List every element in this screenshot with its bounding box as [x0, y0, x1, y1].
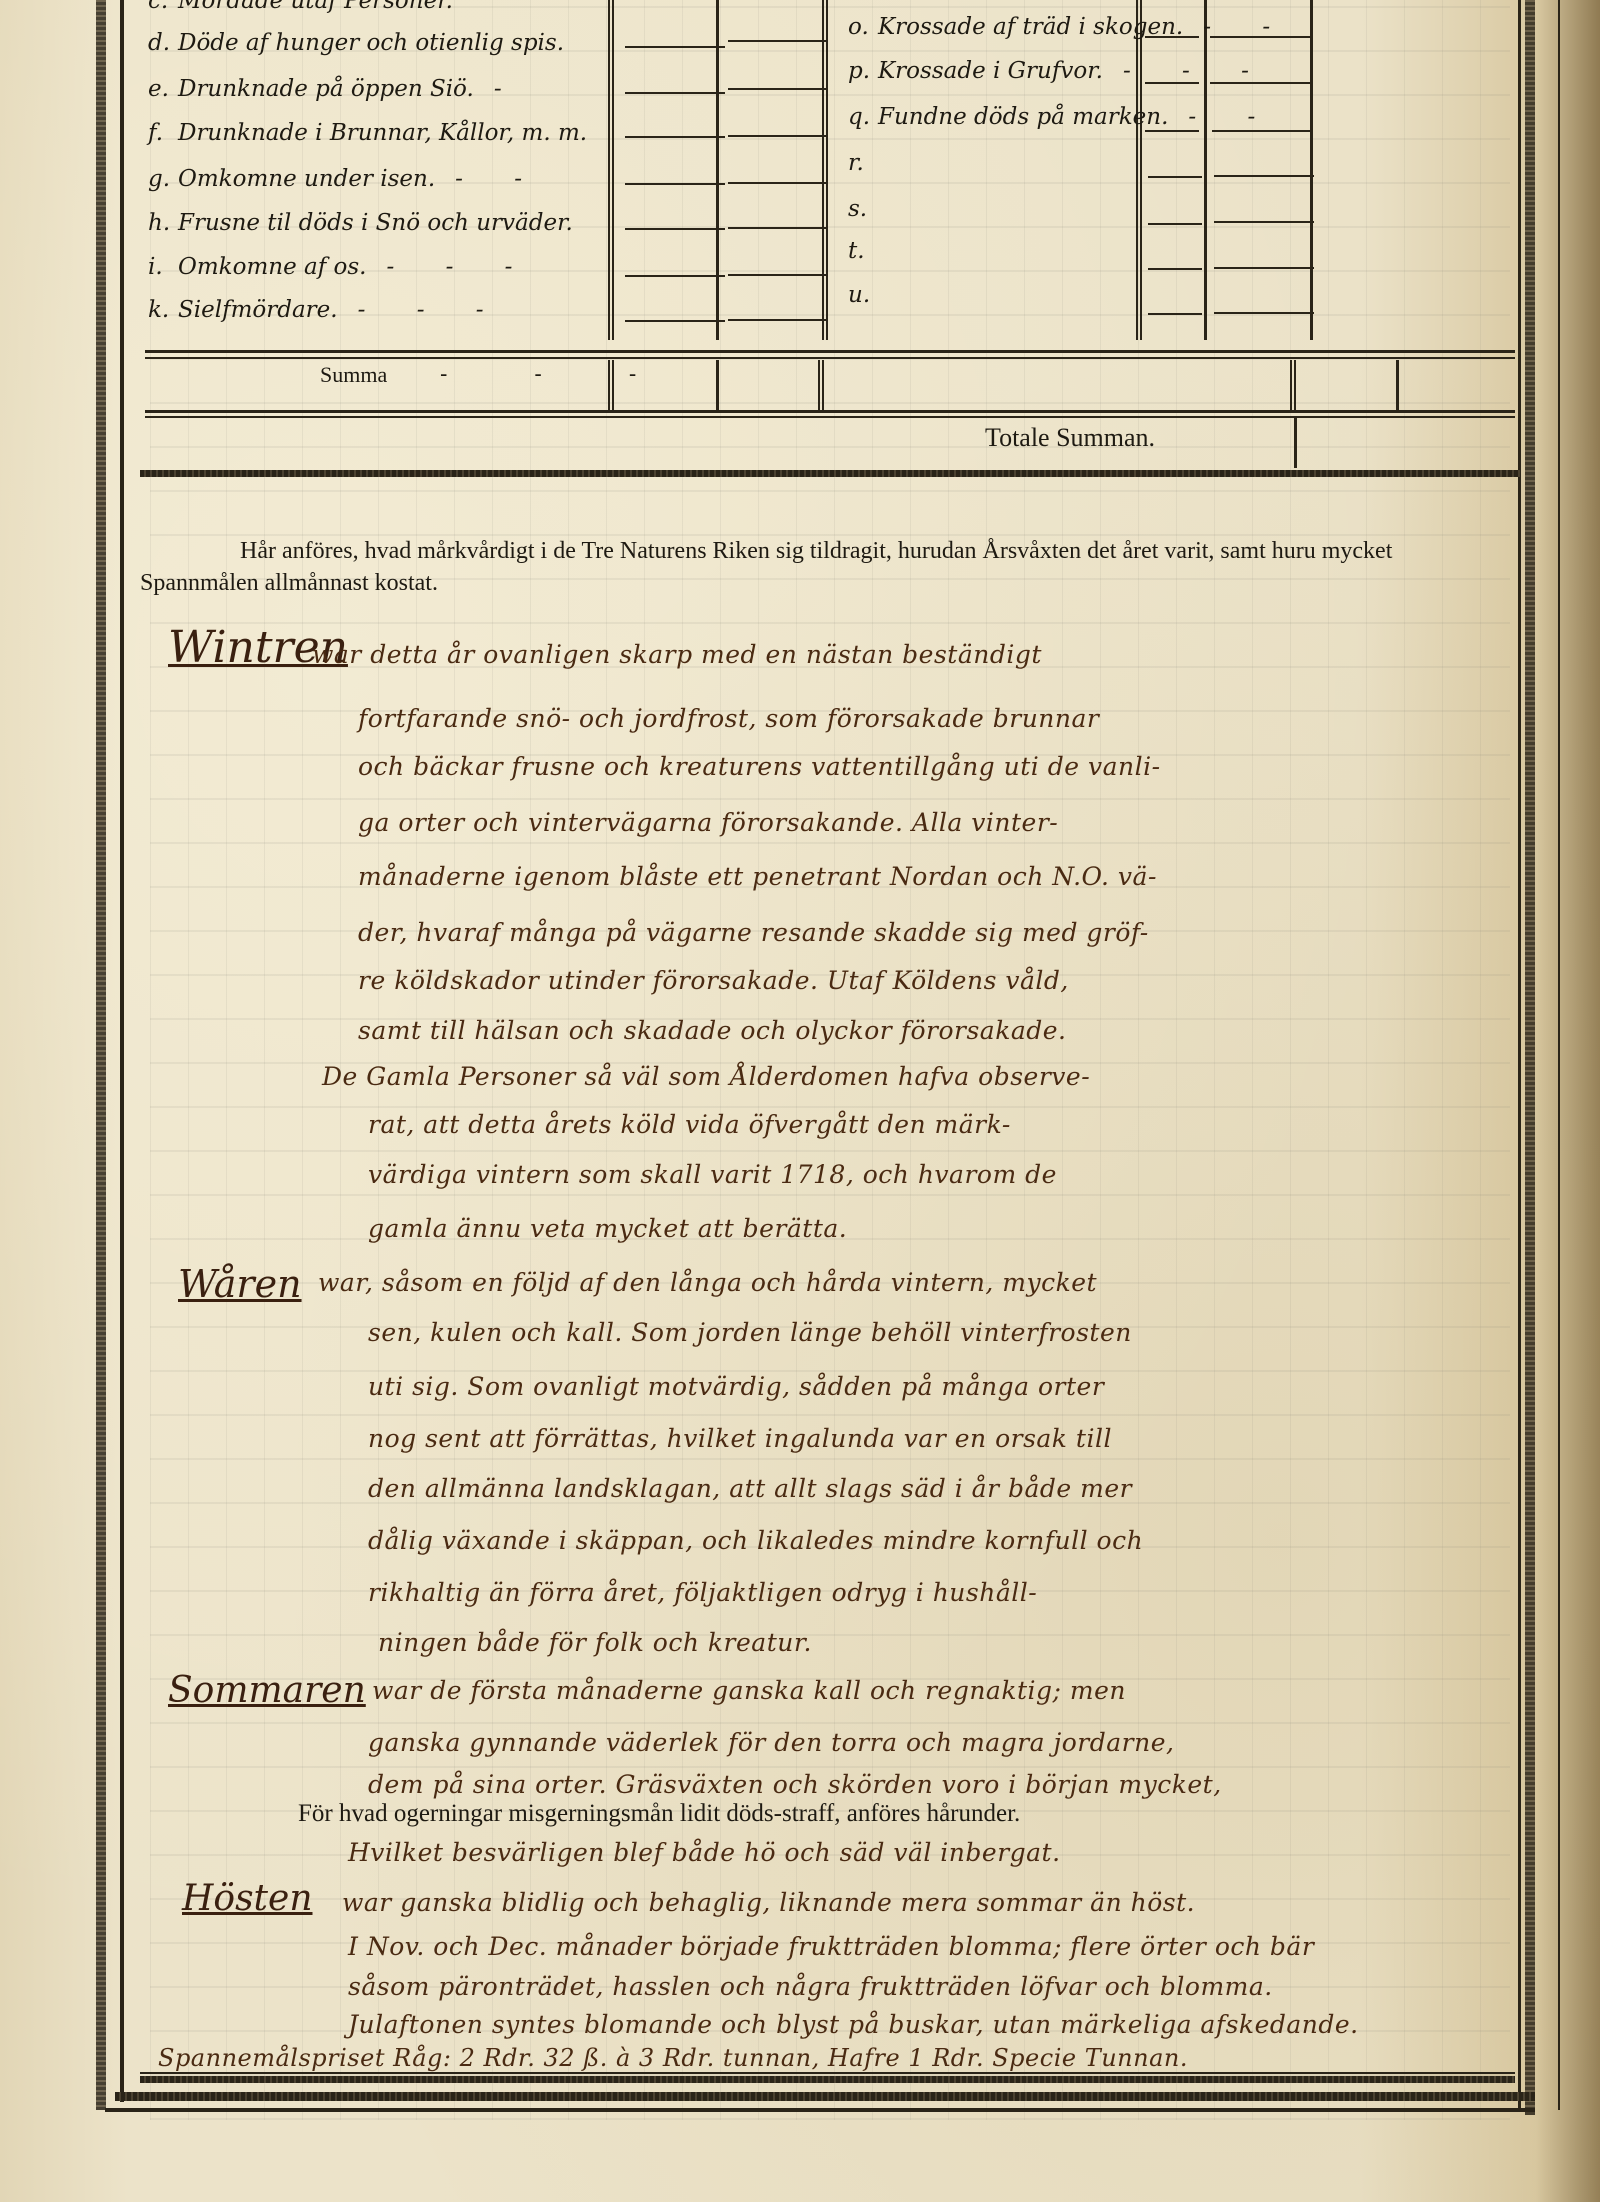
frame-border-right-edge: [1558, 0, 1560, 2110]
cause-letter: e.: [148, 76, 178, 102]
autumn-line: Julaftonen syntes blomande och blyst på …: [348, 2010, 1359, 2039]
rule-heavy: [140, 470, 1520, 477]
frame-border-right-outer: [1525, 0, 1535, 2115]
blank-entry: [1148, 223, 1202, 225]
blank-entry: [1145, 130, 1199, 132]
blank-entry: [1148, 313, 1202, 315]
leader-dots: - - -: [387, 254, 535, 280]
cause-label: Döde af hunger och otienlig spis.: [178, 30, 564, 56]
winter-line: war detta år ovanligen skarp med en näst…: [312, 640, 1042, 669]
cause-row: g.Omkomne under isen.- -: [148, 166, 544, 192]
summa-label: Summa: [320, 362, 387, 388]
blank-entry: [1148, 268, 1202, 270]
winter-line: rat, att detta årets köld vida öfvergått…: [368, 1110, 1011, 1139]
cause-row: p.Krossade i Grufvor.- - -: [848, 58, 1271, 84]
col-divider: [608, 360, 614, 410]
heading-spring: Wåren: [178, 1262, 302, 1306]
cause-row: f.Drunknade i Brunnar, Kållor, m. m.: [148, 120, 587, 146]
rule: [105, 2108, 1535, 2112]
cause-row: q.Fundne döds på marken.- -: [848, 104, 1277, 130]
cause-label: Krossade i Grufvor.: [878, 58, 1103, 84]
blank-entry: [625, 92, 725, 94]
frame-border-right-inner: [1518, 0, 1521, 2110]
spring-line: sen, kulen och kall. Som jorden länge be…: [368, 1318, 1132, 1347]
leader-dots: - -: [1203, 14, 1292, 40]
cause-letter: o.: [848, 14, 878, 40]
col-divider: [1136, 0, 1142, 340]
col-divider: [608, 0, 614, 340]
blank-entry: [728, 274, 828, 276]
cause-row: r.: [848, 150, 878, 176]
cause-letter: t.: [848, 238, 878, 264]
summa-dots: - - -: [440, 362, 676, 387]
rule: [145, 350, 1515, 353]
cause-row: i.Omkomne af os.- - -: [148, 254, 534, 280]
summer-line: dem på sina orter. Gräsväxten och skörde…: [368, 1770, 1222, 1799]
cause-letter: i.: [148, 254, 178, 280]
leader-dots: - -: [1188, 104, 1277, 130]
rule-heavy: [115, 2092, 1535, 2101]
blank-entry: [625, 228, 725, 230]
col-divider: [822, 0, 828, 340]
cause-letter: q.: [848, 104, 878, 130]
blank-entry: [625, 46, 725, 48]
cause-label: Drunknade på öppen Siö.: [178, 76, 474, 102]
cause-row: o.Krossade af träd i skogen.- -: [848, 14, 1292, 40]
col-divider: [1310, 0, 1313, 340]
leader-dots: - - -: [358, 297, 506, 323]
cause-letter: d.: [148, 30, 178, 56]
blank-entry: [728, 319, 828, 321]
winter-line: fortfarande snö- och jordfrost, som föro…: [358, 704, 1099, 733]
winter-line: gamla ännu veta mycket att berätta.: [368, 1214, 847, 1243]
blank-entry: [1214, 267, 1314, 269]
frame-border-left-inner: [120, 0, 124, 2102]
cause-row: t.: [848, 238, 878, 264]
cause-row: h.Frusne til döds i Snö och urväder.: [148, 210, 573, 236]
cause-label: Omkomne af os.: [178, 254, 367, 280]
cause-row: k.Sielfmördare.- - -: [148, 297, 506, 323]
summer-line: ganska gynnande väderlek för den torra o…: [368, 1728, 1174, 1757]
death-penalty-handwritten: Hvilket besvärligen blef både hö och säd…: [348, 1838, 1061, 1867]
winter-line: månaderne igenom blåste ett penetrant No…: [358, 862, 1157, 891]
cause-label: Fundne döds på marken.: [878, 104, 1168, 130]
winter-line: värdiga vintern som skall varit 1718, oc…: [368, 1160, 1057, 1189]
frame-border-left-outer: [96, 0, 106, 2110]
winter-line: der, hvaraf många på vägarne resande ska…: [358, 918, 1149, 947]
cause-letter: f.: [148, 120, 178, 146]
cause-letter: p.: [848, 58, 878, 84]
cause-row: d.Döde af hunger och otienlig spis.: [148, 30, 564, 56]
cause-letter: c.: [148, 0, 178, 14]
blank-entry: [1214, 221, 1314, 223]
col-divider: [818, 360, 824, 412]
col-divider: [1204, 0, 1207, 340]
blank-entry: [625, 275, 725, 277]
death-penalty-printed-heading: För hvad ogerningar misgerningsmån lidit…: [298, 1800, 1020, 1828]
heading-autumn: Hösten: [182, 1878, 313, 1919]
col-divider: [1294, 418, 1297, 468]
spring-line: war, såsom en följd af den långa och hår…: [318, 1268, 1097, 1297]
spring-line: nog sent att förrättas, hvilket ingalund…: [368, 1424, 1112, 1453]
leader-dots: -: [494, 76, 524, 102]
blank-entry: [1212, 130, 1312, 132]
col-divider: [1396, 360, 1399, 410]
winter-line: De Gamla Personer så väl som Ålderdomen …: [322, 1062, 1090, 1091]
rule-heavy: [140, 2076, 1515, 2083]
blank-entry: [625, 183, 725, 185]
heading-summer: Sommaren: [168, 1670, 366, 1711]
winter-line: och bäckar frusne och kreaturens vattent…: [358, 752, 1161, 781]
grain-price-line: Spannemålspriset Råg: 2 Rdr. 32 ß. à 3 R…: [158, 2044, 1188, 2072]
spring-line: den allmänna landsklagan, att allt slags…: [368, 1474, 1132, 1503]
blank-entry: [728, 88, 828, 90]
blank-entry: [1214, 175, 1314, 177]
spring-line: dålig växande i skäppan, och likaledes m…: [368, 1526, 1143, 1555]
cause-label: Krossade af träd i skogen.: [878, 14, 1183, 40]
cause-letter: r.: [848, 150, 878, 176]
cause-letter: u.: [848, 282, 878, 308]
leader-dots: - - -: [1123, 58, 1271, 84]
winter-line: samt till hälsan och skadade och olyckor…: [358, 1016, 1067, 1045]
totale-summan-label: Totale Summan.: [985, 423, 1155, 453]
blank-entry: [728, 182, 828, 184]
cause-label: Mördade utaf Personer.: [178, 0, 453, 14]
blank-entry: [728, 227, 828, 229]
summer-line: war de första månaderne ganska kall och …: [372, 1676, 1126, 1705]
intro-printed-text: Hår anföres, hvad mårkvårdigt i de Tre N…: [140, 535, 1500, 599]
blank-entry: [1214, 312, 1314, 314]
autumn-line: I Nov. och Dec. månader började fruktträ…: [348, 1932, 1314, 1961]
spring-line: uti sig. Som ovanligt motvärdig, sådden …: [368, 1372, 1104, 1401]
cause-row: e.Drunknade på öppen Siö.-: [148, 76, 524, 102]
blank-entry: [625, 136, 725, 138]
cause-row: c.Mördade utaf Personer.: [148, 0, 453, 14]
blank-entry: [1148, 176, 1202, 178]
cause-label: Frusne til döds i Snö och urväder.: [178, 210, 573, 236]
autumn-line: såsom päronträdet, hasslen och några fru…: [348, 1972, 1273, 2001]
cause-letter: g.: [148, 166, 178, 192]
cause-letter: s.: [848, 196, 878, 222]
rule: [145, 416, 1515, 418]
col-divider: [716, 0, 719, 340]
winter-line: ga orter och vintervägarna förorsakande.…: [358, 808, 1058, 837]
winter-line: re köldskador utinder förorsakade. Utaf …: [358, 966, 1069, 995]
cause-label: Sielfmördare.: [178, 297, 338, 323]
cause-label: Omkomne under isen.: [178, 166, 435, 192]
cause-letter: h.: [148, 210, 178, 236]
spring-line: rikhaltig än förra året, följaktligen od…: [368, 1578, 1037, 1607]
cause-letter: k.: [148, 297, 178, 323]
cause-label: Drunknade i Brunnar, Kållor, m. m.: [178, 120, 587, 146]
col-divider: [716, 360, 719, 410]
blank-entry: [728, 135, 828, 137]
blank-entry: [728, 40, 828, 42]
cause-row: s.: [848, 196, 878, 222]
rule: [145, 410, 1515, 413]
leader-dots: - -: [455, 166, 544, 192]
rule: [140, 2072, 1515, 2074]
spring-line: ningen både för folk och kreatur.: [378, 1628, 812, 1657]
rule: [145, 357, 1515, 359]
cause-row: u.: [848, 282, 878, 308]
col-divider: [1290, 360, 1296, 410]
blank-entry: [625, 320, 725, 322]
autumn-line: war ganska blidlig och behaglig, liknand…: [342, 1888, 1195, 1917]
